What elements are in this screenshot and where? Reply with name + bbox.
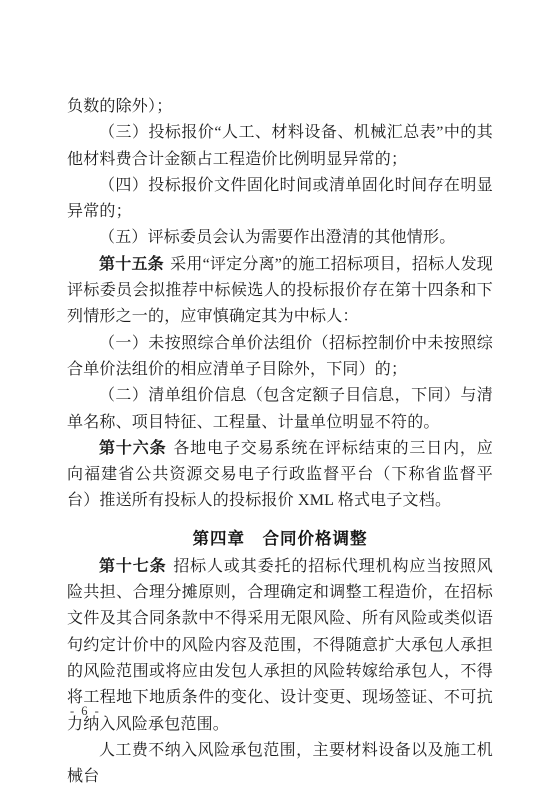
paragraph: （四）投标报价文件固化时间或清单固化时间存在明显异常的； — [67, 173, 493, 226]
article-number: 第十七条 — [99, 558, 166, 575]
page-number: - 6 - — [70, 704, 101, 719]
paragraph: （五）评标委员会认为需要作出澄清的其他情形。 — [67, 225, 493, 251]
document-body: 负数的除外）； （三）投标报价“人工、材料设备、机械汇总表”中的其他材料费合计金… — [67, 94, 493, 790]
paragraph: （一）未按照综合单价法组价（招标控制价中未按照综合单价法组价的相应清单子目除外，… — [67, 331, 493, 384]
article-number: 第十六条 — [99, 440, 166, 457]
paragraph-text: （三）投标报价“人工、材料设备、机械汇总表”中的其他材料费合计金额占工程造价比例… — [67, 124, 493, 167]
paragraph-text: （五）评标委员会认为需要作出澄清的其他情形。 — [99, 229, 455, 246]
paragraph: （二）清单组价信息（包含定额子目信息，下同）与清单名称、项目特征、工程量、计量单… — [67, 383, 493, 436]
paragraph-text: （一）未按照综合单价法组价（招标控制价中未按照综合单价法组价的相应清单子目除外，… — [67, 335, 493, 378]
paragraph: 第十七条 招标人或其委托的招标代理机构应当按照风险共担、合理分摊原则，合理确定和… — [67, 554, 493, 738]
paragraph: （三）投标报价“人工、材料设备、机械汇总表”中的其他材料费合计金额占工程造价比例… — [67, 120, 493, 173]
paragraph: 第十六条 各地电子交易系统在评标结束的三日内，应向福建省公共资源交易电子行政监督… — [67, 436, 493, 515]
paragraph: 负数的除外）； — [67, 94, 493, 120]
paragraph-text: 负数的除外）； — [67, 98, 172, 115]
paragraph: 第十五条 采用“评定分离”的施工招标项目，招标人发现评标委员会拟推荐中标候选人的… — [67, 252, 493, 331]
paragraph: 人工费不纳入风险承包范围，主要材料设备以及施工机械台 — [67, 738, 493, 791]
article-number: 第十五条 — [99, 256, 164, 273]
paragraph-text: （二）清单组价信息（包含定额子目信息，下同）与清单名称、项目特征、工程量、计量单… — [67, 387, 493, 430]
paragraph-text: 人工费不纳入风险承包范围，主要材料设备以及施工机械台 — [67, 742, 493, 785]
document-page: 负数的除外）； （三）投标报价“人工、材料设备、机械汇总表”中的其他材料费合计金… — [0, 0, 560, 792]
paragraph-text: 招标人或其委托的招标代理机构应当按照风险共担、合理分摊原则，合理确定和调整工程造… — [67, 558, 493, 733]
paragraph-text: （四）投标报价文件固化时间或清单固化时间存在明显异常的； — [67, 177, 493, 220]
chapter-heading: 第四章 合同价格调整 — [67, 526, 493, 552]
